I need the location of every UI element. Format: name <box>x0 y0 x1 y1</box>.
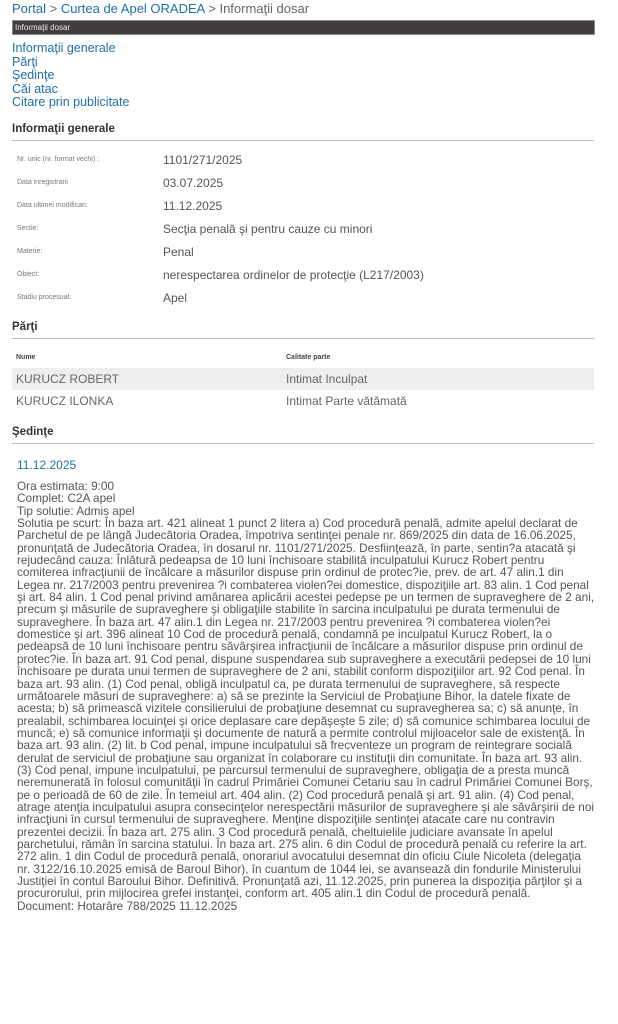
parties-table-header: Nume Calitate parte <box>12 354 594 368</box>
info-row-registration-date: Data inregistrarii 03.07.2025 <box>17 176 597 199</box>
section-title-parties: Părţi <box>12 320 594 339</box>
info-label: Sectie: <box>17 222 163 232</box>
breadcrumb-portal-link[interactable]: Portal <box>12 1 46 16</box>
table-row: KURUCZ ROBERT Intimat Inculpat <box>12 368 594 390</box>
section-title-hearings: Şedinţe <box>12 425 594 444</box>
party-role: Intimat Inculpat <box>282 372 594 386</box>
hearing-document: Document: Hotarâre 788/2025 11.12.2025 <box>17 900 597 912</box>
breadcrumb-separator: > <box>50 1 61 16</box>
info-value: Secţia penală şi pentru cauze cu minori <box>163 222 372 236</box>
column-header-name: Nume <box>12 354 282 368</box>
breadcrumb: Portal > Curtea de Apel ORADEA > Informa… <box>12 0 309 18</box>
header-bar: Informaţii dosar <box>12 20 595 35</box>
nav-link-appeals[interactable]: Căi atac <box>12 83 129 97</box>
nav-link-hearings[interactable]: Şedinţe <box>12 69 129 83</box>
info-label: Materie: <box>17 245 163 255</box>
info-row-object: Obiect: nerespectarea ordinelor de prote… <box>17 268 597 291</box>
party-name: KURUCZ ILONKA <box>12 394 282 408</box>
info-label: Stadiu procesual: <box>17 291 163 301</box>
info-value: 03.07.2025 <box>163 176 223 190</box>
nav-link-public-summons[interactable]: Citare prin publicitate <box>12 96 129 110</box>
info-label: Nr. unic (nr. format vechi) : <box>17 153 163 163</box>
info-value: 11.12.2025 <box>163 199 222 213</box>
info-row-procedural-stage: Stadiu procesual: Apel <box>17 291 597 314</box>
parties-table: Nume Calitate parte KURUCZ ROBERT Intima… <box>12 354 594 412</box>
info-value: Penal <box>163 245 194 259</box>
info-row-section: Sectie: Secţia penală şi pentru cauze cu… <box>17 222 597 245</box>
general-info-grid: Nr. unic (nr. format vechi) : 1101/271/2… <box>17 153 597 314</box>
nav-link-general-info[interactable]: Informaţii generale <box>12 42 129 56</box>
hearing-date: 11.12.2025 <box>17 458 76 472</box>
nav-link-parties[interactable]: Părţi <box>12 56 129 70</box>
hearing-panel: Complet: C2A apel <box>17 492 597 504</box>
info-label: Obiect: <box>17 268 163 278</box>
info-row-last-modified: Data ultimei modificari: 11.12.2025 <box>17 199 597 222</box>
party-name: KURUCZ ROBERT <box>12 372 282 386</box>
hearing-details: Ora estimata: 9:00 Complet: C2A apel Tip… <box>17 480 597 912</box>
info-row-matter: Materie: Penal <box>17 245 597 268</box>
info-label: Data inregistrarii <box>17 176 163 186</box>
table-row: KURUCZ ILONKA Intimat Parte vătămată <box>12 390 594 412</box>
page: Portal > Curtea de Apel ORADEA > Informa… <box>0 0 618 1024</box>
section-title-general-info: Informaţii generale <box>12 122 594 141</box>
info-value: 1101/271/2025 <box>163 153 242 167</box>
info-value: nerespectarea ordinelor de protecţie (L2… <box>163 268 424 282</box>
breadcrumb-court-link[interactable]: Curtea de Apel ORADEA <box>61 1 205 16</box>
info-row-case-number: Nr. unic (nr. format vechi) : 1101/271/2… <box>17 153 597 176</box>
hearing-solution-summary: Solutia pe scurt: În baza art. 421 aline… <box>17 517 597 900</box>
party-role: Intimat Parte vătămată <box>282 394 594 408</box>
column-header-role: Calitate parte <box>282 354 594 368</box>
quick-nav: Informaţii generale Părţi Şedinţe Căi at… <box>12 42 129 110</box>
breadcrumb-separator: > <box>208 1 219 16</box>
breadcrumb-current: Informaţii dosar <box>219 1 309 16</box>
info-label: Data ultimei modificari: <box>17 199 163 209</box>
info-value: Apel <box>163 291 187 305</box>
